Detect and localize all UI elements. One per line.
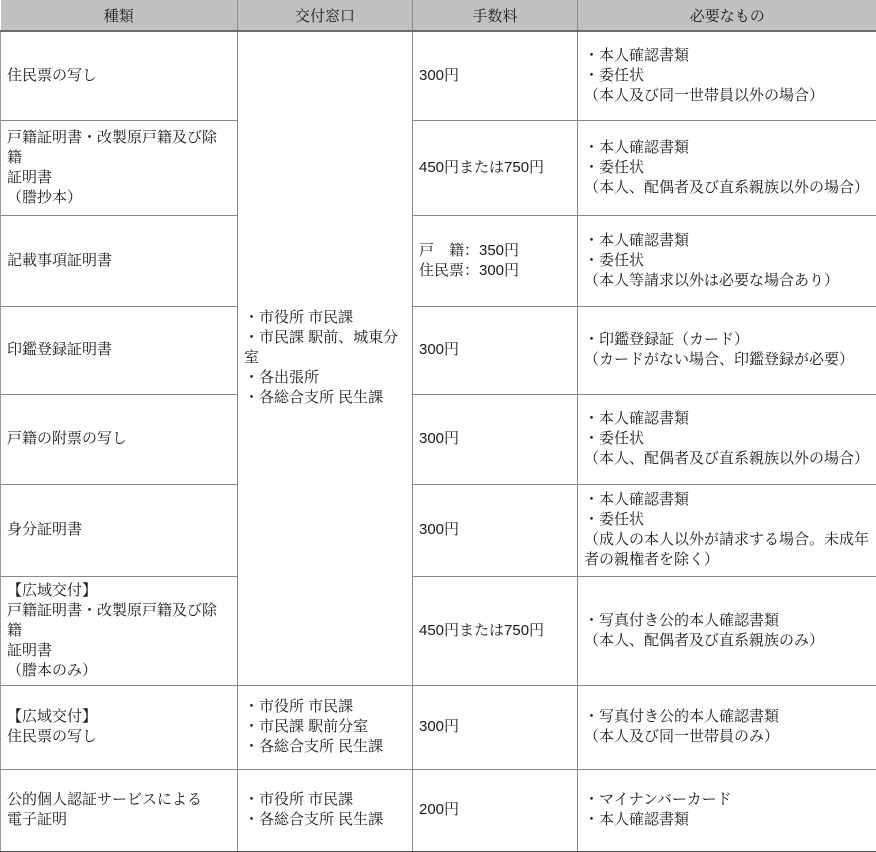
cell-type: 身分証明書 <box>1 484 238 576</box>
cell-fee: 300円 <box>413 31 578 120</box>
cell-fee: 300円 <box>413 685 578 769</box>
table-row: 戸籍証明書・改製原戸籍及び除籍 証明書 （謄抄本） 450円または750円 ・本… <box>1 120 876 215</box>
cell-type: 印鑑登録証明書 <box>1 306 238 394</box>
cell-fee: 450円または750円 <box>413 120 578 215</box>
cell-type: 【広域交付】 戸籍証明書・改製原戸籍及び除籍 証明書 （謄本のみ） <box>1 576 238 685</box>
cell-fee: 300円 <box>413 394 578 484</box>
table-row: 公的個人認証サービスによる 電子証明 ・市役所 市民課 ・各総合支所 民生課 2… <box>1 769 876 852</box>
cell-type: 【広域交付】 住民票の写し <box>1 685 238 769</box>
cell-fee: 200円 <box>413 769 578 852</box>
cell-required: ・本人確認書類 ・委任状 （本人及び同一世帯員以外の場合） <box>578 31 876 120</box>
cell-required: ・本人確認書類 ・委任状 （本人等請求以外は必要な場合あり） <box>578 215 876 306</box>
certificate-fee-page: 種類 交付窓口 手数料 必要なもの 住民票の写し ・市役所 市民課 ・市民課 駅… <box>0 0 876 852</box>
certificate-fee-table: 種類 交付窓口 手数料 必要なもの 住民票の写し ・市役所 市民課 ・市民課 駅… <box>0 0 876 852</box>
cell-required: ・写真付き公的本人確認書類 （本人及び同一世帯員のみ） <box>578 685 876 769</box>
table-row: 身分証明書 300円 ・本人確認書類 ・委任状 （成人の本人以外が請求する場合。… <box>1 484 876 576</box>
cell-fee: 300円 <box>413 484 578 576</box>
cell-required: ・本人確認書類 ・委任状 （成人の本人以外が請求する場合。未成年者の親権者を除く… <box>578 484 876 576</box>
cell-required: ・本人確認書類 ・委任状 （本人、配偶者及び直系親族以外の場合） <box>578 120 876 215</box>
cell-fee: 450円または750円 <box>413 576 578 685</box>
table-row: 印鑑登録証明書 300円 ・印鑑登録証（カード） （カードがない場合、印鑑登録が… <box>1 306 876 394</box>
table-row: 戸籍の附票の写し 300円 ・本人確認書類 ・委任状 （本人、配偶者及び直系親族… <box>1 394 876 484</box>
column-header-required: 必要なもの <box>578 0 876 31</box>
cell-required: ・写真付き公的本人確認書類 （本人、配偶者及び直系親族のみ） <box>578 576 876 685</box>
cell-type: 戸籍証明書・改製原戸籍及び除籍 証明書 （謄抄本） <box>1 120 238 215</box>
column-header-counter: 交付窓口 <box>238 0 413 31</box>
cell-required: ・印鑑登録証（カード） （カードがない場合、印鑑登録が必要） <box>578 306 876 394</box>
cell-type: 住民票の写し <box>1 31 238 120</box>
column-header-type: 種類 <box>1 0 238 31</box>
header-row: 種類 交付窓口 手数料 必要なもの <box>1 0 876 31</box>
table-row: 【広域交付】 戸籍証明書・改製原戸籍及び除籍 証明書 （謄本のみ） 450円また… <box>1 576 876 685</box>
column-header-fee: 手数料 <box>413 0 578 31</box>
cell-type: 公的個人認証サービスによる 電子証明 <box>1 769 238 852</box>
cell-fee: 戸 籍：350円 住民票：300円 <box>413 215 578 306</box>
cell-type: 記載事項証明書 <box>1 215 238 306</box>
cell-counter: ・市役所 市民課 ・各総合支所 民生課 <box>238 769 413 852</box>
cell-required: ・マイナンバーカード ・本人確認書類 <box>578 769 876 852</box>
cell-counter-merged: ・市役所 市民課 ・市民課 駅前、城東分室 ・各出張所 ・各総合支所 民生課 <box>238 31 413 685</box>
cell-counter: ・市役所 市民課 ・市民課 駅前分室 ・各総合支所 民生課 <box>238 685 413 769</box>
table-row: 【広域交付】 住民票の写し ・市役所 市民課 ・市民課 駅前分室 ・各総合支所 … <box>1 685 876 769</box>
table-row: 記載事項証明書 戸 籍：350円 住民票：300円 ・本人確認書類 ・委任状 （… <box>1 215 876 306</box>
cell-required: ・本人確認書類 ・委任状 （本人、配偶者及び直系親族以外の場合） <box>578 394 876 484</box>
cell-type: 戸籍の附票の写し <box>1 394 238 484</box>
table-row: 住民票の写し ・市役所 市民課 ・市民課 駅前、城東分室 ・各出張所 ・各総合支… <box>1 31 876 120</box>
cell-fee: 300円 <box>413 306 578 394</box>
